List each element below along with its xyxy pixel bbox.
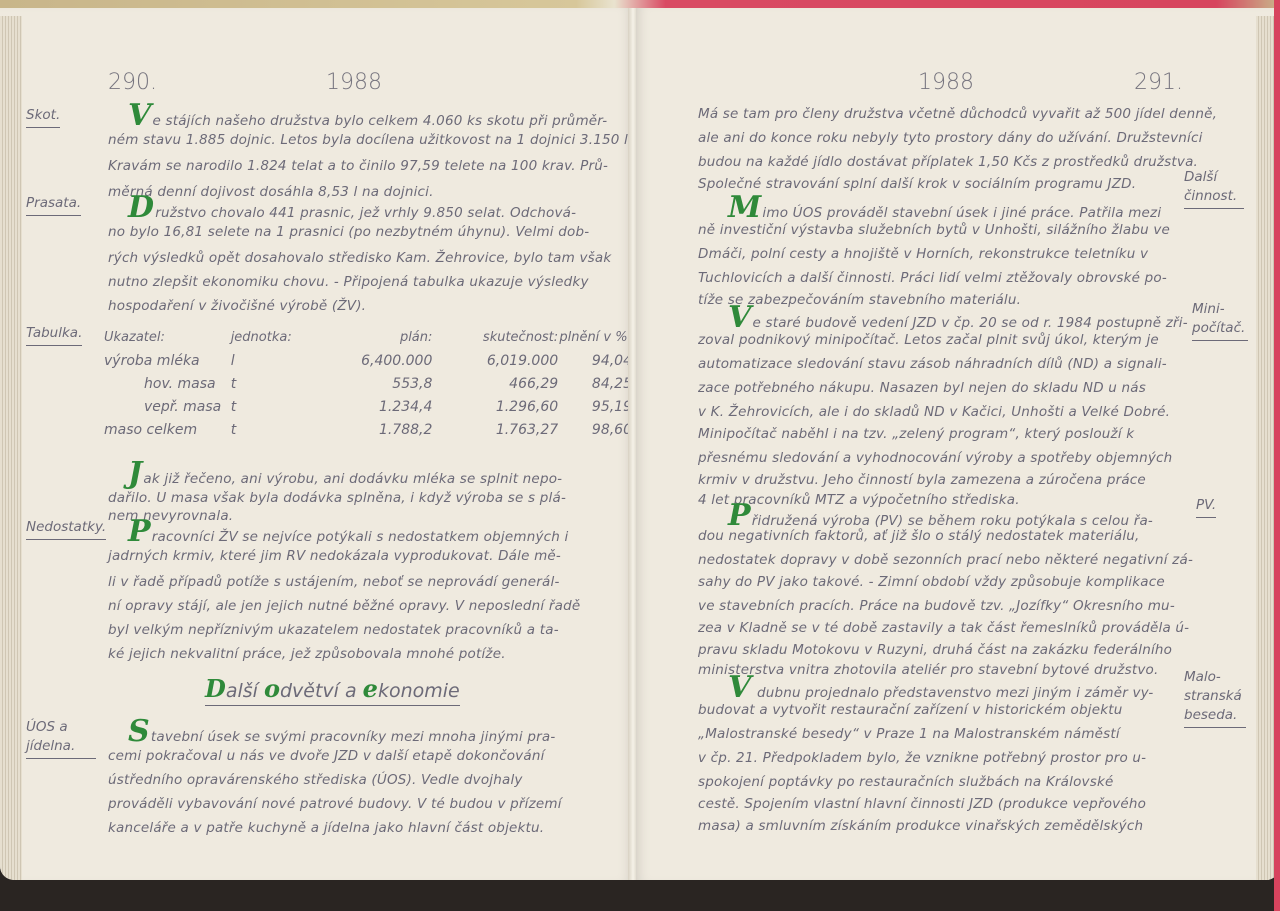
text-line: nedostatek dopravy v době sezonních prac…	[698, 552, 1193, 568]
green-initial: M	[728, 190, 761, 225]
section-heading: Další odvětví a ekonomie	[205, 674, 460, 706]
text-line: dou negativních faktorů, ať již šlo o st…	[698, 528, 1140, 544]
text-line: ve stavebních pracích. Práce na budově t…	[698, 598, 1175, 614]
table-header-cell: plnění v %:	[558, 326, 632, 349]
page-number-right: 291.	[1134, 70, 1183, 95]
table-row: hov. masa t 553,8 466,29 84,25	[104, 372, 632, 395]
table-cell: 1.788,2	[305, 418, 433, 441]
production-table: Ukazatel: jednotka: plán: skutečnost: pl…	[104, 326, 632, 441]
text-line: cestě. Spojením vlastní hlavní činnosti …	[698, 796, 1146, 812]
text-line: ak již řečeno, ani výrobu, ani dodávku m…	[143, 471, 562, 487]
table-header-cell: Ukazatel:	[104, 326, 231, 349]
text-line: v K. Žehrovicích, ale i do skladů ND v K…	[698, 404, 1170, 420]
text-line: rých výsledků opět dosahovalo středisko …	[108, 250, 611, 266]
text-line: ale ani do konce roku nebyly tyto prosto…	[698, 130, 1203, 146]
text-line: krmiv v družstvu. Jeho činností byla zam…	[698, 472, 1146, 488]
margin-note-prasata: Prasata.	[26, 194, 81, 216]
table-cell: 95,19	[558, 395, 632, 418]
text-line: Minipočítač naběhl i na tzv. „zelený pro…	[698, 426, 1134, 442]
heading-text: alší	[226, 680, 264, 702]
text-line: ní opravy stájí, ale jen jejich nutné bě…	[108, 598, 580, 614]
table-header-cell: skutečnost:	[432, 326, 558, 349]
text-line: zea v Kladně se v té době zastavily a ta…	[698, 620, 1189, 636]
text-line: byl velkým nepříznivým ukazatelem nedost…	[108, 622, 559, 638]
heading-initial: D	[205, 674, 226, 703]
table-cell: výroba mléka	[104, 349, 231, 372]
book-cover-edge	[1274, 0, 1280, 911]
text-line: ústředního opravárenského střediska (ÚOS…	[108, 772, 523, 788]
text-line: e staré budově vedení JZD v čp. 20 se od…	[752, 315, 1187, 331]
text-line: ministerstva vnitra zhotovila ateliér pr…	[698, 662, 1158, 678]
text-line: „Malostranské besedy“ v Praze 1 na Malos…	[698, 726, 1120, 742]
text-line: automatizace sledování stavu zásob náhra…	[698, 356, 1167, 372]
table-cell: 94,04	[558, 349, 632, 372]
page-edges-left	[0, 16, 22, 880]
heading-text: konomie	[378, 680, 460, 702]
table-cell: 1.296,60	[432, 395, 558, 418]
year-right: 1988	[918, 70, 974, 95]
heading-initial: o	[264, 674, 280, 703]
text-line: zace potřebného nákupu. Nasazen byl neje…	[698, 380, 1146, 396]
green-initial: V	[728, 670, 751, 705]
text-line: prováděli vybavování nové patrové budovy…	[108, 796, 562, 812]
text-line: řidružená výroba (PV) se během roku potý…	[752, 513, 1153, 529]
text-line: cemi pokračoval u nás ve dvoře JZD v dal…	[108, 748, 545, 764]
text-line: budovat a vytvořit restaurační zařízení …	[698, 702, 1123, 718]
table-row: maso celkem t 1.788,2 1.763,27 98,60	[104, 418, 632, 441]
green-initial: V	[728, 300, 751, 335]
text-line: ružstvo chovalo 441 prasnic, jež vrhly 9…	[155, 205, 576, 221]
green-initial: J	[128, 456, 142, 491]
table-cell: hov. masa	[104, 372, 231, 395]
text-line: sahy do PV jako takové. - Zimní období v…	[698, 574, 1165, 590]
text-line: spokojení poptávky po restauračních služ…	[698, 774, 1114, 790]
text-line: dubnu projednalo představenstvo mezi jin…	[752, 685, 1153, 701]
text-line: kanceláře a v patře kuchyně a jídelna ja…	[108, 820, 544, 836]
table-cell: 6,019.000	[432, 349, 558, 372]
table-cell: l	[231, 349, 305, 372]
table-cell: 84,25	[558, 372, 632, 395]
text-line: Má se tam pro členy družstva včetně důch…	[698, 106, 1217, 122]
table-header-row: Ukazatel: jednotka: plán: skutečnost: pl…	[104, 326, 632, 349]
text-line: pravu skladu Motokovu v Ruzyni, druhá čá…	[698, 642, 1172, 658]
text-line: tavební úsek se svými pracovníky mezi mn…	[151, 729, 556, 745]
green-initial: S	[128, 714, 150, 749]
right-page: 1988 291. Další činnost. Mini-počítač. P…	[636, 8, 1280, 880]
text-line: v čp. 21. Předpokladem bylo, že vznikne …	[698, 750, 1146, 766]
text-line: racovníci ŽV se nejvíce potýkali s nedos…	[152, 529, 569, 545]
table-cell: t	[231, 395, 305, 418]
text-line: hospodaření v živočišné výrobě (ŽV).	[108, 298, 366, 314]
heading-initial: e	[363, 674, 378, 703]
table-cell: 6,400.000	[305, 349, 433, 372]
text-line: Dmáči, polní cesty a hnojiště v Horních,…	[698, 246, 1148, 262]
table-cell: t	[231, 372, 305, 395]
table-cell: t	[231, 418, 305, 441]
table-cell: 1.234,4	[305, 395, 433, 418]
left-page: 290. 1988 Skot. Prasata. Tabulka. Nedost…	[0, 8, 632, 880]
text-line: Tuchlovicích a další činnosti. Práci lid…	[698, 270, 1167, 286]
table-header-cell: jednotka:	[231, 326, 305, 349]
table-cell: 466,29	[432, 372, 558, 395]
table-header-cell: plán:	[305, 326, 433, 349]
margin-note-nedostatky: Nedostatky.	[26, 518, 106, 540]
text-line: ně investiční výstavba služebních bytů v…	[698, 222, 1170, 238]
text-line: jadrných krmiv, které jim RV nedokázala …	[108, 548, 561, 564]
text-line: přesnému sledování a vyhodnocování výrob…	[698, 450, 1172, 466]
page-number-left: 290.	[108, 70, 157, 95]
text-line: e stájích našeho družstva bylo celkem 4.…	[152, 113, 607, 129]
margin-note-dalsi-cinnost: Další činnost.	[1184, 168, 1244, 209]
table-row: vepř. masa t 1.234,4 1.296,60 95,19	[104, 395, 632, 418]
text-line: Společné stravování splní další krok v s…	[698, 176, 1136, 192]
margin-note-uos-jidelna: ÚOS a jídelna.	[26, 718, 96, 759]
heading-text: dvětví a	[280, 680, 363, 702]
text-line: li v řadě případů potíže s ustájením, ne…	[108, 574, 560, 590]
margin-note-malostranska-beseda: Malo-stranská beseda.	[1184, 668, 1246, 728]
margin-note-skot: Skot.	[26, 106, 60, 128]
text-line: ném stavu 1.885 dojnic. Letos byla docíl…	[108, 132, 632, 148]
text-line: no bylo 16,81 selete na 1 prasnici (po n…	[108, 224, 589, 240]
text-line: ké jejich nekvalitní práce, jež způsobov…	[108, 646, 506, 662]
margin-note-pv: PV.	[1196, 496, 1216, 518]
text-line: nutno zlepšit ekonomiku chovu. - Připoje…	[108, 274, 589, 290]
text-line: dařilo. U masa však byla dodávka splněna…	[108, 490, 566, 506]
text-line: budou na každé jídlo dostávat příplatek …	[698, 154, 1198, 170]
green-initial: D	[128, 190, 154, 225]
table-row: výroba mléka l 6,400.000 6,019.000 94,04	[104, 349, 632, 372]
table-cell: vepř. masa	[104, 395, 231, 418]
table-cell: 1.763,27	[432, 418, 558, 441]
text-line: Kravám se narodilo 1.824 telat a to čini…	[108, 158, 608, 174]
text-line: imo ÚOS prováděl stavební úsek i jiné pr…	[762, 205, 1161, 221]
text-line: zoval podnikový minipočítač. Letos začal…	[698, 332, 1159, 348]
green-initial: V	[128, 98, 151, 133]
table-cell: 553,8	[305, 372, 433, 395]
margin-note-tabulka: Tabulka.	[26, 324, 82, 346]
table-cell: 98,60	[558, 418, 632, 441]
text-line: masa) a smluvním získáním produkce vinař…	[698, 818, 1143, 834]
margin-note-minipocitac: Mini-počítač.	[1192, 300, 1248, 341]
table-cell: maso celkem	[104, 418, 231, 441]
year-left: 1988	[326, 70, 382, 95]
green-initial: P	[128, 514, 151, 549]
